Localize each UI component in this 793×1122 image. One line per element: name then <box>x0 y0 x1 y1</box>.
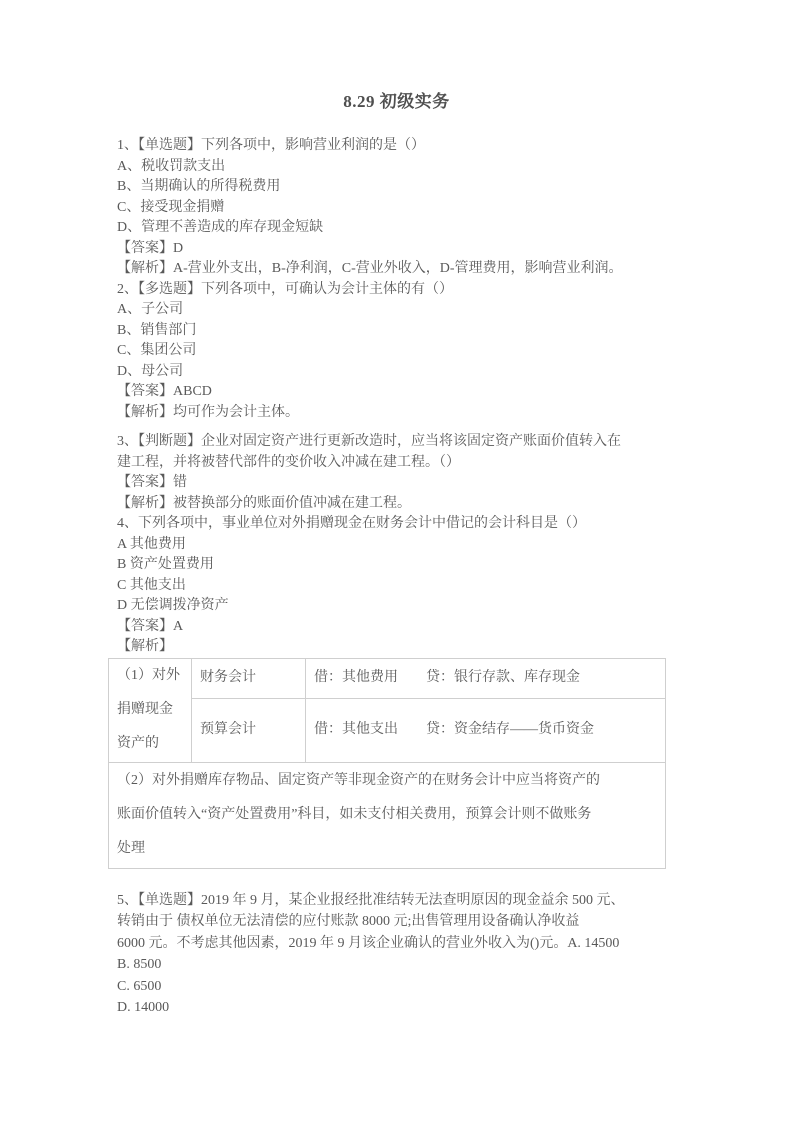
q3-stem-line-1: 3、【判断题】企业对固定资产进行更新改造时，应当将该固定资产账面价值转入在 <box>117 432 677 453</box>
q5-option-b: B. 8500 <box>117 954 677 976</box>
q1-option-c: C、接受现金捐赠 <box>117 198 677 219</box>
q4-analysis-label: 【解析】 <box>117 637 677 658</box>
q4-option-d: D 无偿调拨净资产 <box>117 596 677 617</box>
q1-answer: 【答案】D <box>117 239 677 260</box>
table-cell-financial-accounting: 财务会计 <box>192 658 306 698</box>
question-3: 3、【判断题】企业对固定资产进行更新改造时，应当将该固定资产账面价值转入在 建工… <box>117 432 677 514</box>
q4-answer: 【答案】A <box>117 617 677 638</box>
table-cell-financial-entry: 借：其他费用 贷：银行存款、库存现金 <box>306 658 666 698</box>
q4-stem: 4、下列各项中，事业单位对外捐赠现金在财务会计中借记的会计科目是（） <box>117 514 677 535</box>
q5-option-c: C. 6500 <box>117 976 677 998</box>
question-5: 5、【单选题】2019 年 9 月，某企业报经批准结转无法查明原因的现金益余 5… <box>117 890 677 1019</box>
q2-option-d: D、母公司 <box>117 362 677 383</box>
q1-analysis: 【解析】A-营业外支出，B-净利润，C-营业外收入，D-管理费用，影响营业利润。 <box>117 259 677 280</box>
doc-body: 1、【单选题】下列各项中，影响营业利润的是（） A、税收罚款支出 B、当期确认的… <box>0 136 793 1019</box>
q1-option-b: B、当期确认的所得税费用 <box>117 177 677 198</box>
q2-answer: 【答案】ABCD <box>117 382 677 403</box>
q3-answer: 【答案】错 <box>117 473 677 494</box>
q4-option-a: A 其他费用 <box>117 535 677 556</box>
table-row: （1）对外 捐赠现金 资产的 财务会计 借：其他费用 贷：银行存款、库存现金 <box>109 658 666 698</box>
q2-analysis: 【解析】均可作为会计主体。 <box>117 403 677 424</box>
q2-option-b: B、销售部门 <box>117 321 677 342</box>
q2-stem: 2、【多选题】下列各项中，可确认为会计主体的有（） <box>117 280 677 301</box>
q3-stem-line-2: 建工程，并将被替代部件的变价收入冲减在建工程。（） <box>117 453 677 474</box>
doc-title: 8.29 初级实务 <box>0 90 793 114</box>
q5-stem-line-3: 6000 元。不考虑其他因素，2019 年 9 月该企业确认的营业外收入为()元… <box>117 933 677 955</box>
q4-option-c: C 其他支出 <box>117 576 677 597</box>
q1-stem: 1、【单选题】下列各项中，影响营业利润的是（） <box>117 136 677 157</box>
table-cell-scenario: （1）对外 捐赠现金 资产的 <box>109 658 192 762</box>
q2-option-a: A、子公司 <box>117 300 677 321</box>
table-row: 预算会计 借：其他支出 贷：资金结存——货币资金 <box>109 698 666 762</box>
q5-stem-line-2: 转销由于 债权单位无法清偿的应付账款 8000 元;出售管理用设备确认净收益 <box>117 911 677 933</box>
q1-option-a: A、税收罚款支出 <box>117 157 677 178</box>
document-page: 8.29 初级实务 1、【单选题】下列各项中，影响营业利润的是（） A、税收罚款… <box>0 0 793 1122</box>
question-2: 2、【多选题】下列各项中，可确认为会计主体的有（） A、子公司 B、销售部门 C… <box>117 280 677 424</box>
table-row: （2）对外捐赠库存物品、固定资产等非现金资产的在财务会计中应当将资产的 账面价值… <box>109 762 666 868</box>
question-4: 4、下列各项中，事业单位对外捐赠现金在财务会计中借记的会计科目是（） A 其他费… <box>117 514 677 658</box>
q2-option-c: C、集团公司 <box>117 341 677 362</box>
q5-option-d: D. 14000 <box>117 997 677 1019</box>
q5-stem-line-1: 5、【单选题】2019 年 9 月，某企业报经批准结转无法查明原因的现金益余 5… <box>117 890 677 912</box>
table-cell-budget-entry: 借：其他支出 贷：资金结存——货币资金 <box>306 698 666 762</box>
q4-analysis-table: （1）对外 捐赠现金 资产的 财务会计 借：其他费用 贷：银行存款、库存现金 预… <box>108 658 666 869</box>
table-cell-note: （2）对外捐赠库存物品、固定资产等非现金资产的在财务会计中应当将资产的 账面价值… <box>109 762 666 868</box>
q3-analysis: 【解析】被替换部分的账面价值冲减在建工程。 <box>117 494 677 515</box>
question-1: 1、【单选题】下列各项中，影响营业利润的是（） A、税收罚款支出 B、当期确认的… <box>117 136 677 280</box>
q4-option-b: B 资产处置费用 <box>117 555 677 576</box>
q1-option-d: D、管理不善造成的库存现金短缺 <box>117 218 677 239</box>
table-cell-budget-accounting: 预算会计 <box>192 698 306 762</box>
